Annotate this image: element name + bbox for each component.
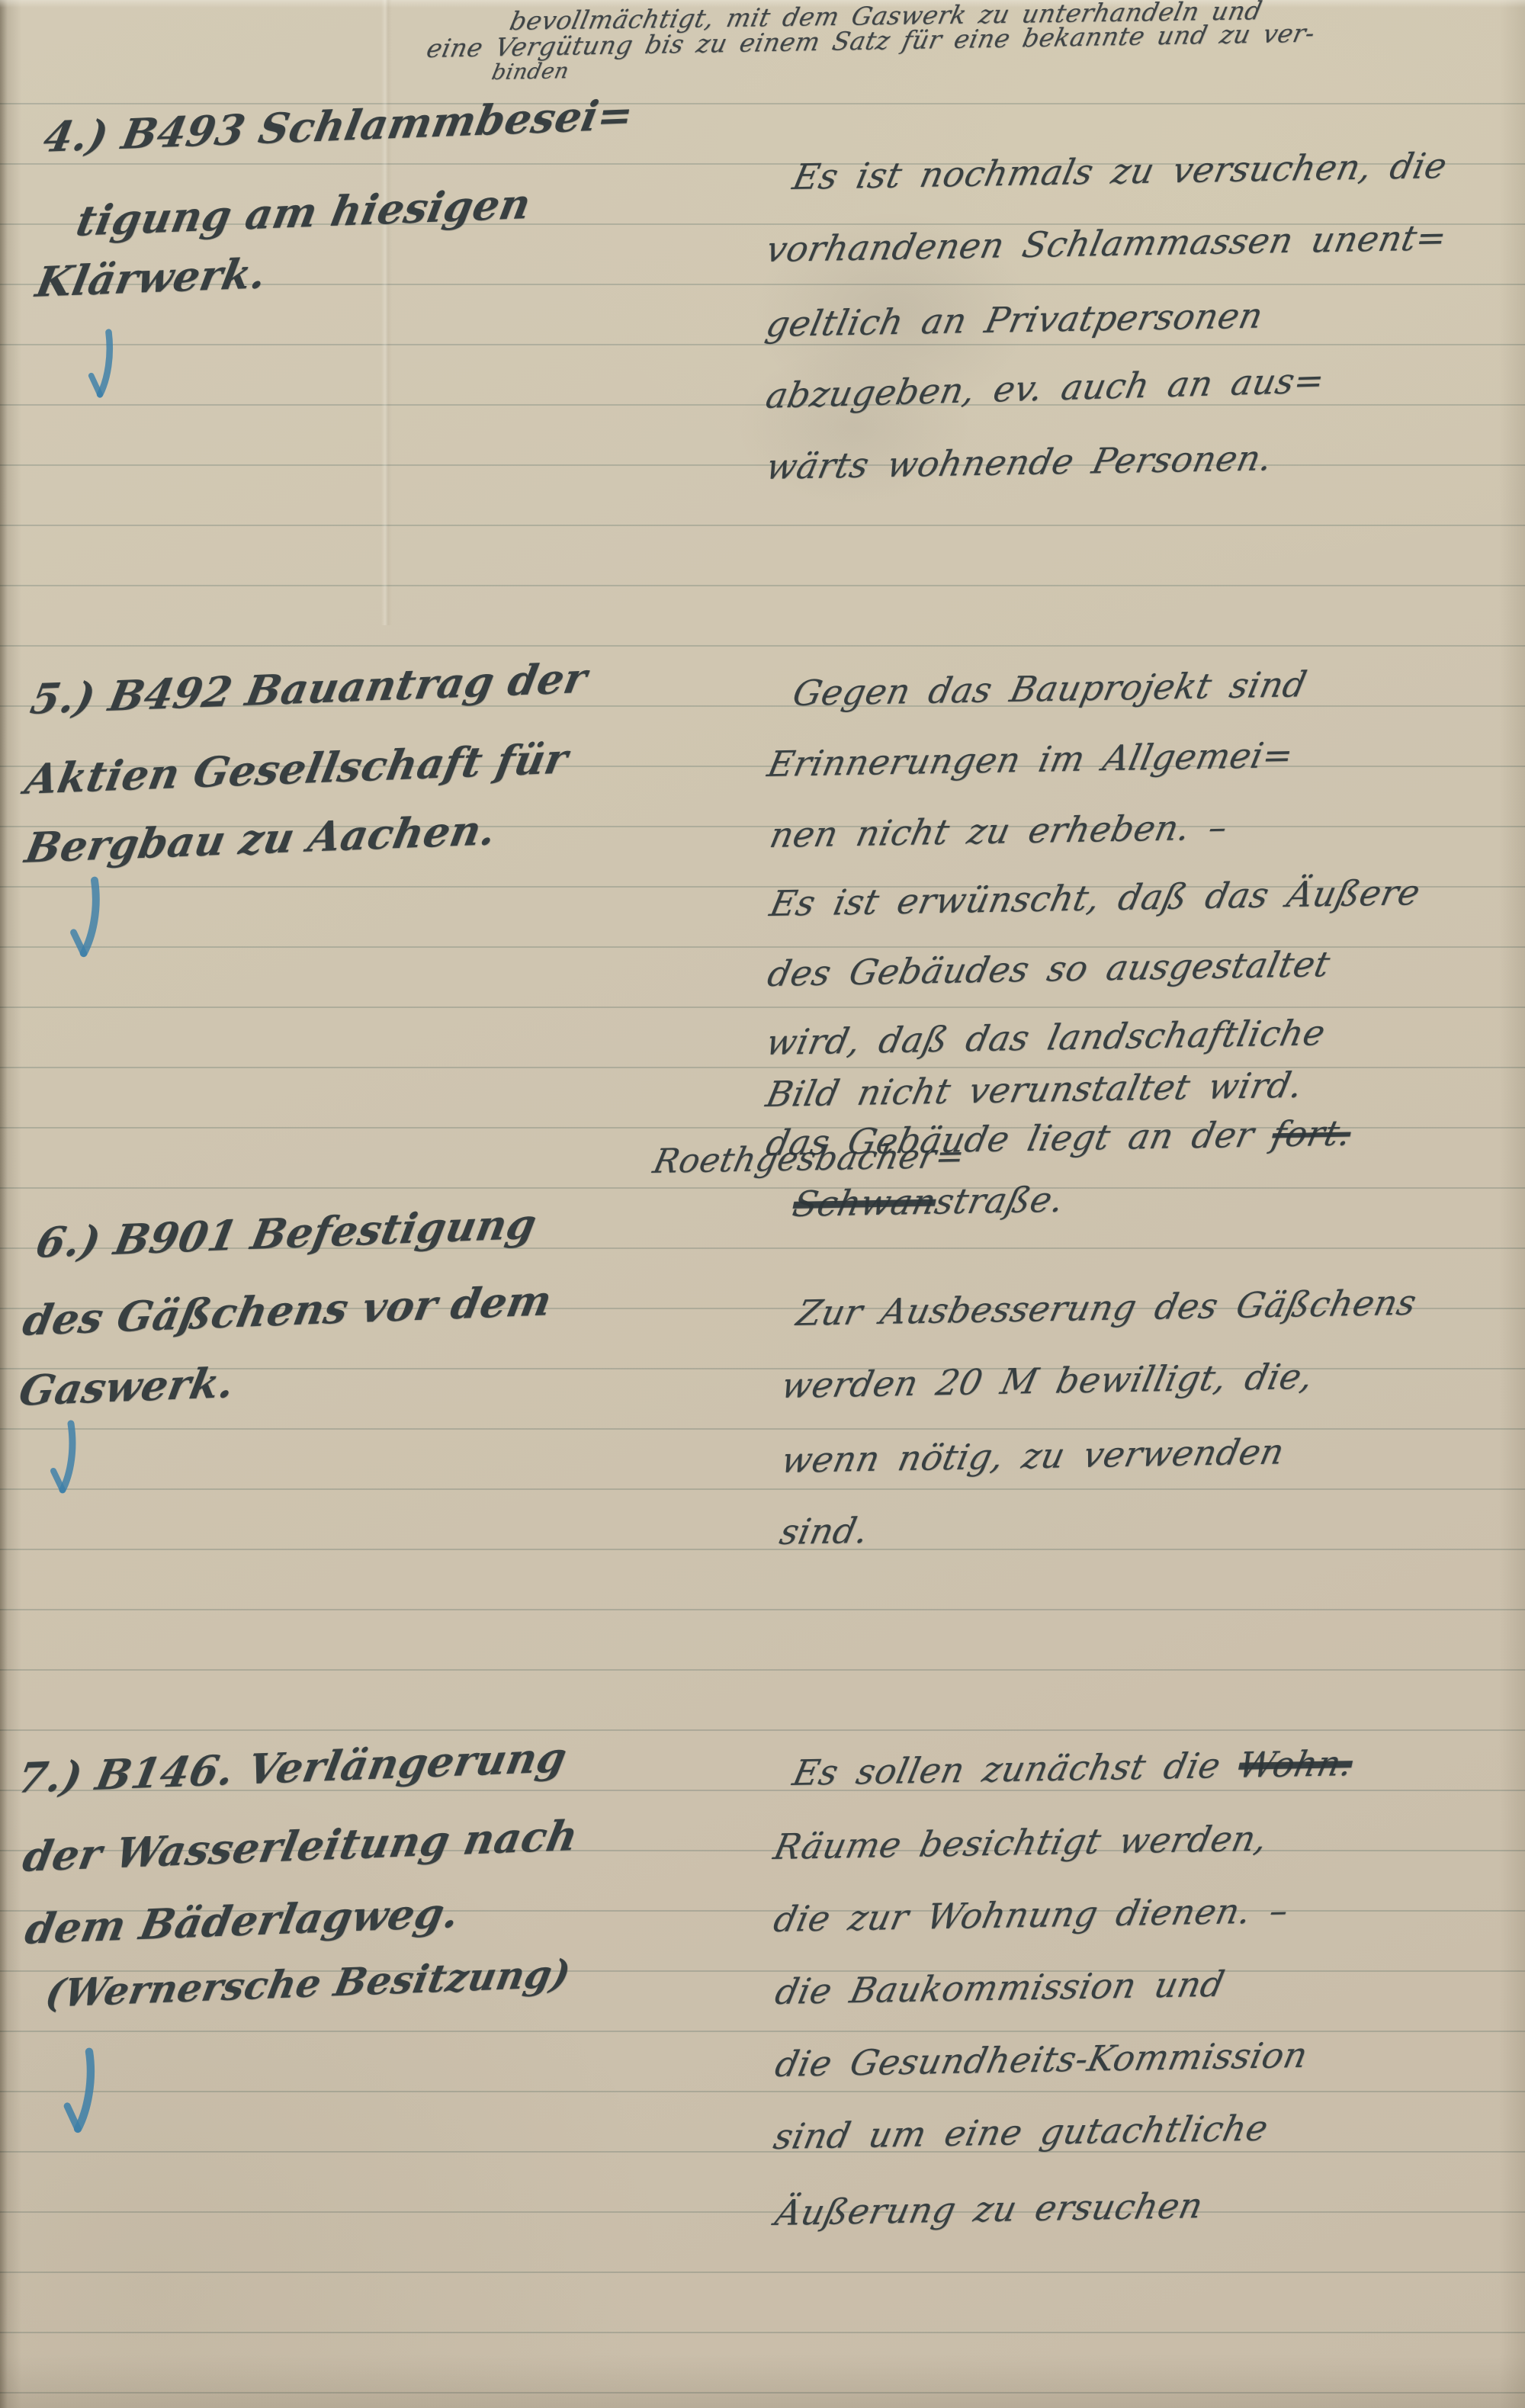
blue-checkmark-3 [46,1420,82,1496]
item-5-correction-tail: straße. [931,1179,1067,1222]
item-5-correction-struck-word: Schwan [789,1181,940,1225]
item-7-body-line-6: sind um eine gutachtliche [770,2108,1272,2157]
item-5-correction-line-2: Schwanstraße. [789,1179,1067,1225]
item-7-body-line-2: Räume besichtigt werden, [770,1818,1271,1867]
item-7-body-line-7: Äußerung zu ersuchen [772,2185,1207,2233]
item-7-body-line-4: die Baukommission und [772,1963,1228,2012]
paper-crease [381,0,392,625]
item-4-heading-line-3: Klärwerk. [32,249,271,307]
top-annotation-insert-word: binden [490,58,571,85]
blue-checkmark-4 [59,2047,101,2135]
blue-checkmark-2 [67,875,105,959]
scanned-manuscript-page: { "paper": { "background": "#cfc5b1", "r… [0,0,1525,2408]
item-4-body-line-3: geltlich an Privatpersonen [762,294,1267,345]
item-6-heading-line-3: Gaswerk. [15,1358,239,1415]
item-5-correction-insert-line: Roethgesbacher= [650,1137,968,1181]
blue-checkmark-1 [85,328,117,400]
item-7-body-line-1-text: Es sollen zunächst die [789,1745,1244,1793]
item-7-body-line-1-struck-word: Wohn. [1234,1742,1356,1786]
item-5-body-line-8-struck-word: fort. [1268,1112,1355,1154]
item-6-body-line-4: sind. [776,1510,872,1552]
item-5-body-line-3: nen nicht zu erheben. – [766,806,1231,856]
